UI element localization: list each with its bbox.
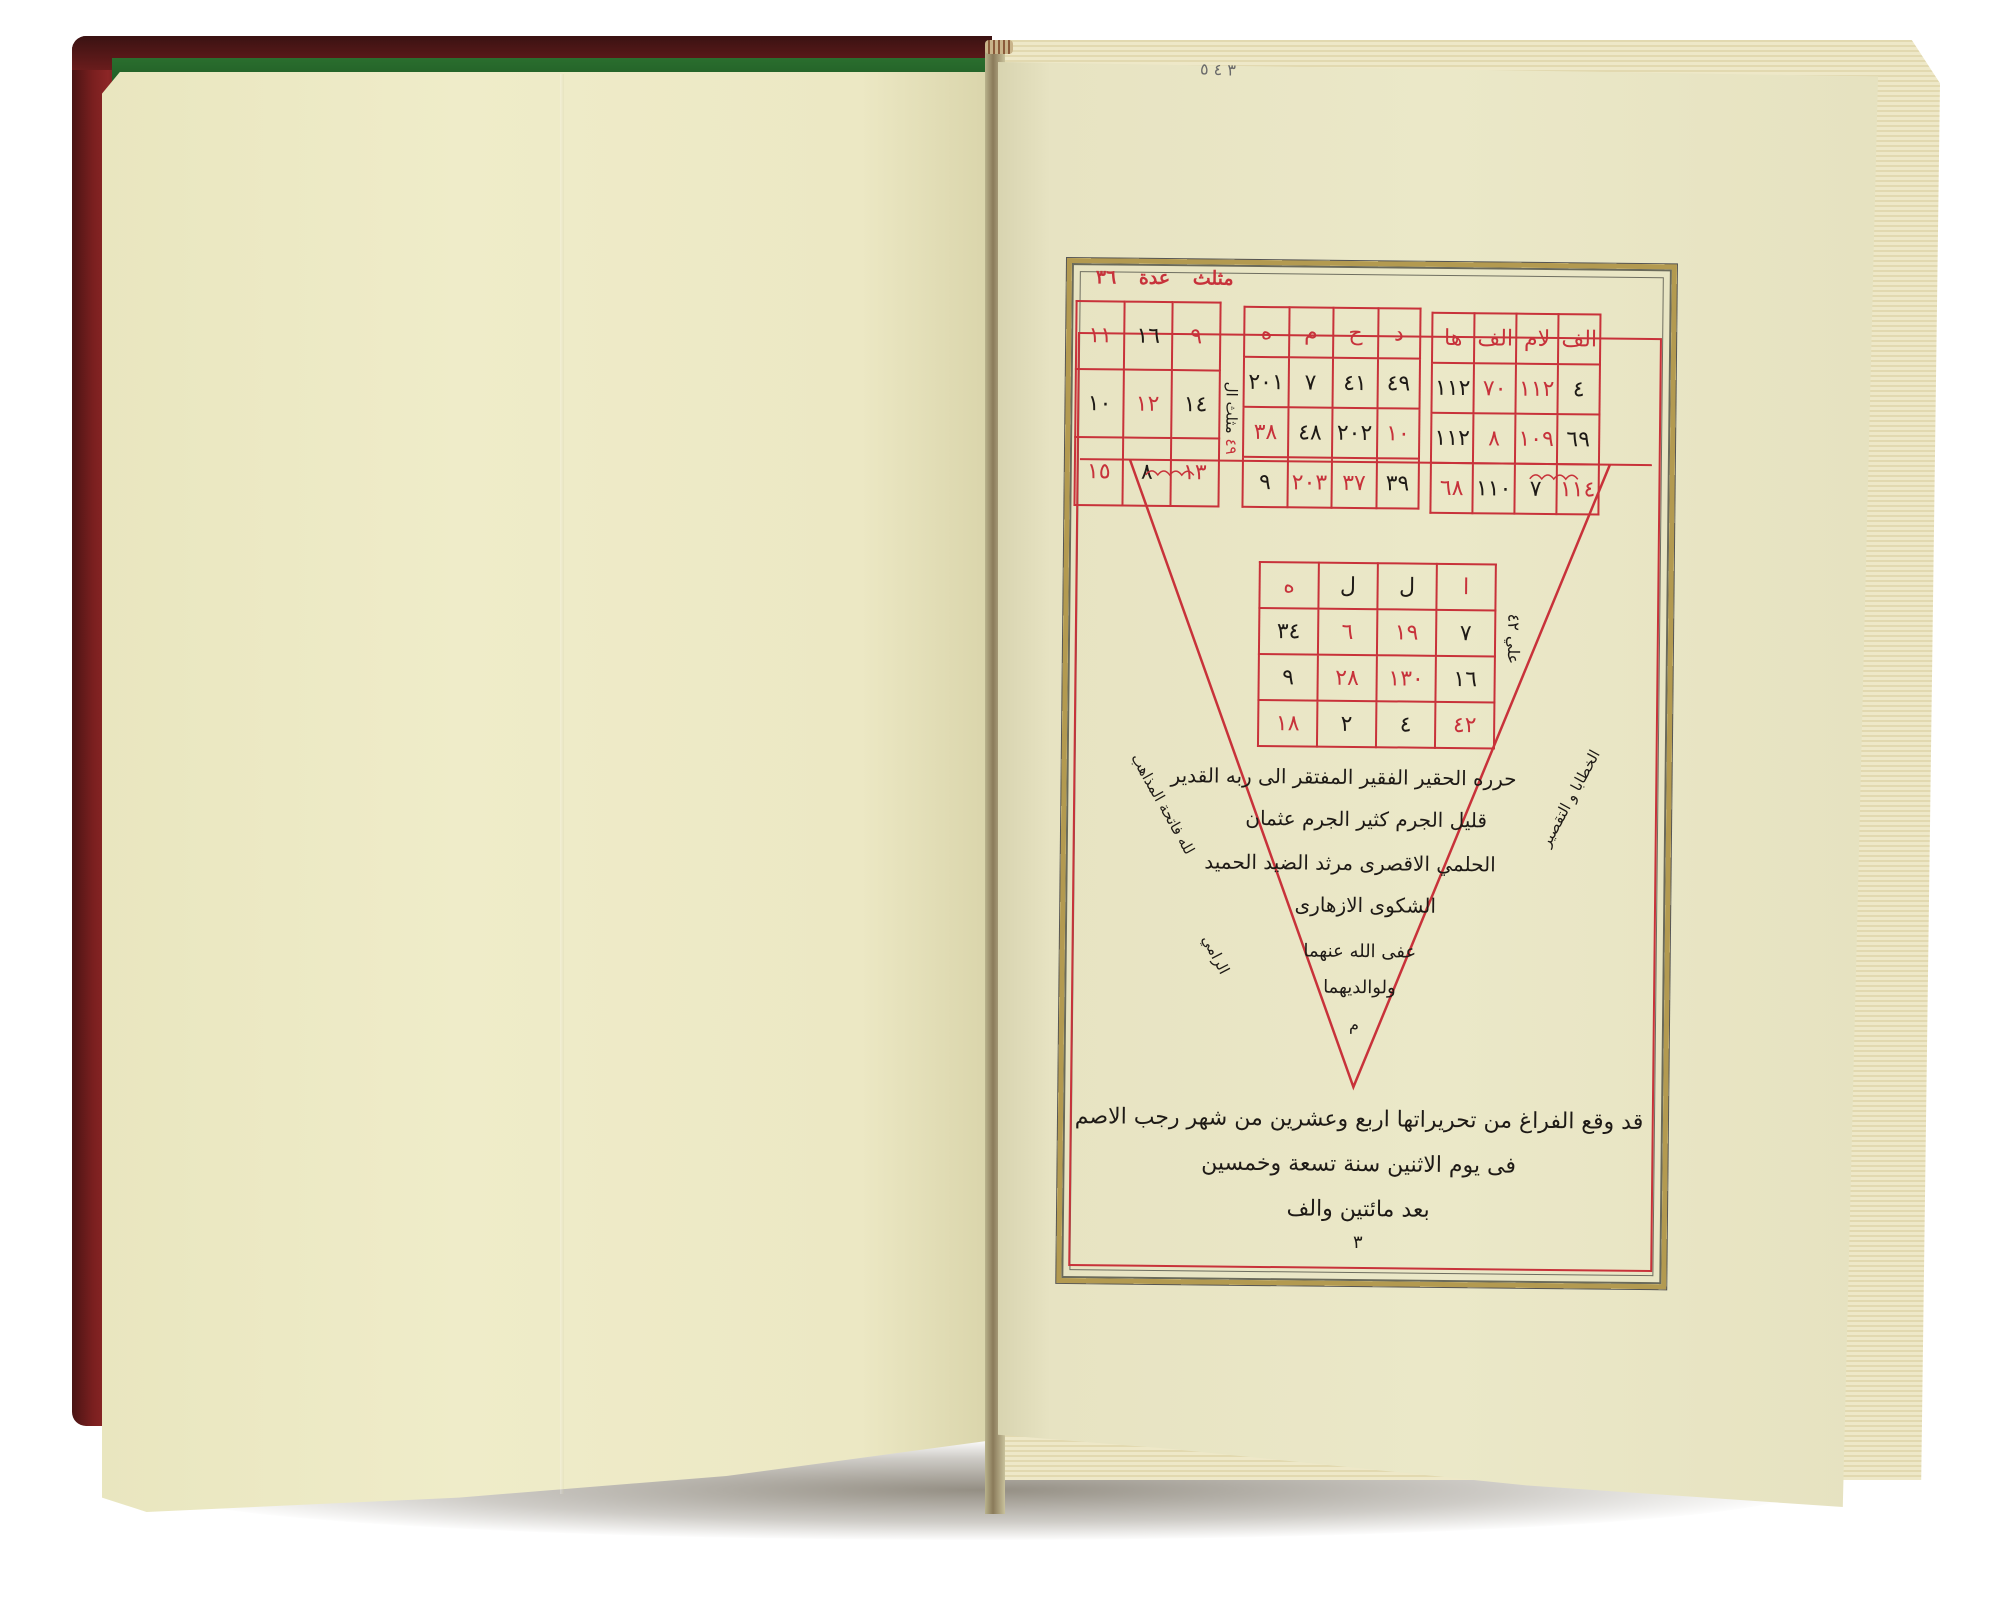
table-row: ٣٤٦١٩٧	[1259, 608, 1495, 656]
inscription-line-1: حرره الحقير الفقير المفتقر الى ربه القدي…	[1217, 764, 1517, 791]
table-cell: ١٩	[1377, 609, 1437, 656]
header-cell: ه	[1259, 562, 1318, 609]
table-row: ١٨٢٤٤٢	[1258, 700, 1494, 748]
header-cell: ل	[1318, 563, 1377, 610]
page-content: مثلث عدة ٣٦ ١١١٦٩١٠١٢١٤١٥٨١٣ ٤٩ مثلث ال …	[1062, 264, 1664, 1270]
table-cell: ٧	[1436, 610, 1495, 657]
header-row: هللا	[1259, 562, 1495, 610]
left-page-fold-line	[560, 74, 564, 1494]
table-cell: ٤٢	[1435, 702, 1494, 749]
left-blank-page	[102, 72, 994, 1512]
table-cell: ٣٤	[1259, 608, 1318, 655]
header-cell: ا	[1436, 564, 1495, 611]
table-cell: ١٦	[1435, 656, 1494, 703]
magic-square-allah: هللا٣٤٦١٩٧٩٢٨١٣٠١٦١٨٢٤٤٢	[1257, 561, 1497, 749]
table-cell: ٤	[1376, 701, 1436, 748]
side-label-ali: علي ٤٢	[1504, 614, 1524, 665]
inscription-line-2: قليل الجرم كثير الجرم عثمان	[1226, 806, 1506, 833]
inscription-line-3: الحلمي الاقصرى مرثد الضيد الحميد	[1236, 850, 1496, 877]
headband	[985, 40, 1013, 54]
table-cell: ١٨	[1258, 700, 1317, 747]
header-cell: ل	[1377, 563, 1437, 610]
table-cell: ١٣٠	[1376, 655, 1436, 702]
table-cell: ٢٨	[1317, 655, 1376, 702]
top-edge-pencil-note: ٣ ٤ ٥	[1200, 59, 1237, 79]
inscription-line-4: الشكوى الازهارى	[1265, 892, 1465, 918]
table-cell: ٢	[1317, 701, 1376, 748]
table-cell: ٦	[1318, 609, 1377, 656]
inscription-line-7: م	[1334, 1015, 1374, 1034]
inscription-line-5: عفى الله عنهما	[1285, 940, 1435, 963]
table-row: ٩٢٨١٣٠١٦	[1258, 654, 1494, 702]
inscription-line-6: ولوالديهما	[1294, 976, 1424, 998]
table-cell: ٩	[1258, 654, 1317, 701]
